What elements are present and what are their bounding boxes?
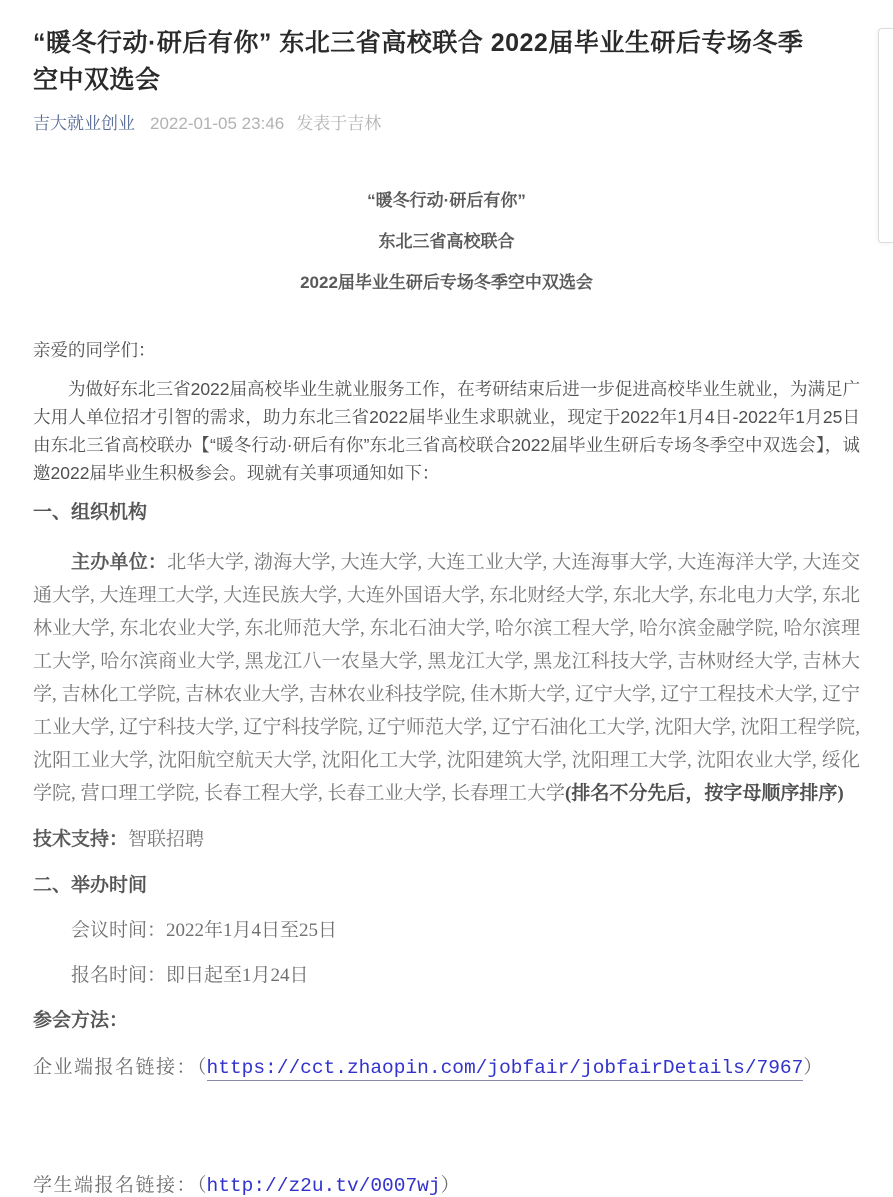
- section-heading-time: 二、举办时间: [33, 873, 860, 899]
- company-link-label: 企业端报名链接：: [33, 1057, 197, 1078]
- event-heading-line1: “暖冬行动·研后有你”: [33, 189, 860, 212]
- register-time-line: 报名时间：即日起至1月24日: [33, 962, 860, 989]
- tech-support-label: 技术支持：: [33, 829, 128, 850]
- article-page: “暖冬行动·研后有你” 东北三省高校联合 2022届毕业生研后专场冬季空中双选会…: [0, 0, 893, 1197]
- salutation: 亲爱的同学们：: [33, 338, 860, 363]
- tech-support-value: 智联招聘: [128, 829, 204, 850]
- publish-location: 发表于吉林: [296, 114, 381, 133]
- event-heading-line2: 东北三省高校联合: [33, 230, 860, 253]
- intro-paragraph: 为做好东北三省2022届高校毕业生就业服务工作，在考研结束后进一步促进高校毕业生…: [33, 375, 860, 487]
- organizers-paragraph: 主办单位：北华大学, 渤海大学, 大连大学, 大连工业大学, 大连海事大学, 大…: [33, 546, 860, 810]
- event-heading-line3: 2022届毕业生研后专场冬季空中双选会: [33, 271, 860, 294]
- student-register-line: 学生端报名链接：（http://z2u.tv/0007wj）: [33, 1171, 860, 1197]
- section-heading-method: 参会方法：: [33, 1008, 860, 1034]
- floating-toolbar-panel[interactable]: [878, 28, 893, 243]
- publish-time: 2022-01-05 23:46: [150, 114, 284, 133]
- open-paren: （: [197, 1057, 207, 1078]
- article-meta: 吉大就业创业2022-01-05 23:46发表于吉林: [33, 113, 860, 135]
- section-heading-organizers: 一、组织机构: [33, 500, 860, 526]
- company-register-line: 企业端报名链接：（https://cct.zhaopin.com/jobfair…: [33, 1053, 860, 1083]
- organizers-note: (排名不分先后，按字母顺序排序): [565, 783, 844, 804]
- company-register-url-link[interactable]: https://cct.zhaopin.com/jobfair/jobfairD…: [207, 1057, 804, 1081]
- close-paren: ）: [803, 1057, 822, 1078]
- student-link-label: 学生端报名链接：: [33, 1175, 197, 1196]
- close-paren: ）: [441, 1175, 460, 1196]
- tech-support-line: 技术支持：智联招聘: [33, 826, 860, 853]
- account-name-link[interactable]: 吉大就业创业: [33, 114, 135, 133]
- student-register-url-link[interactable]: http://z2u.tv/0007wj: [207, 1175, 441, 1197]
- article-title: “暖冬行动·研后有你” 东北三省高校联合 2022届毕业生研后专场冬季空中双选会: [33, 25, 805, 99]
- organizers-label: 主办单位：: [71, 552, 167, 573]
- open-paren: （: [197, 1175, 207, 1196]
- meeting-time-line: 会议时间：2022年1月4日至25日: [33, 917, 860, 944]
- organizers-list: 北华大学, 渤海大学, 大连大学, 大连工业大学, 大连海事大学, 大连海洋大学…: [33, 552, 860, 804]
